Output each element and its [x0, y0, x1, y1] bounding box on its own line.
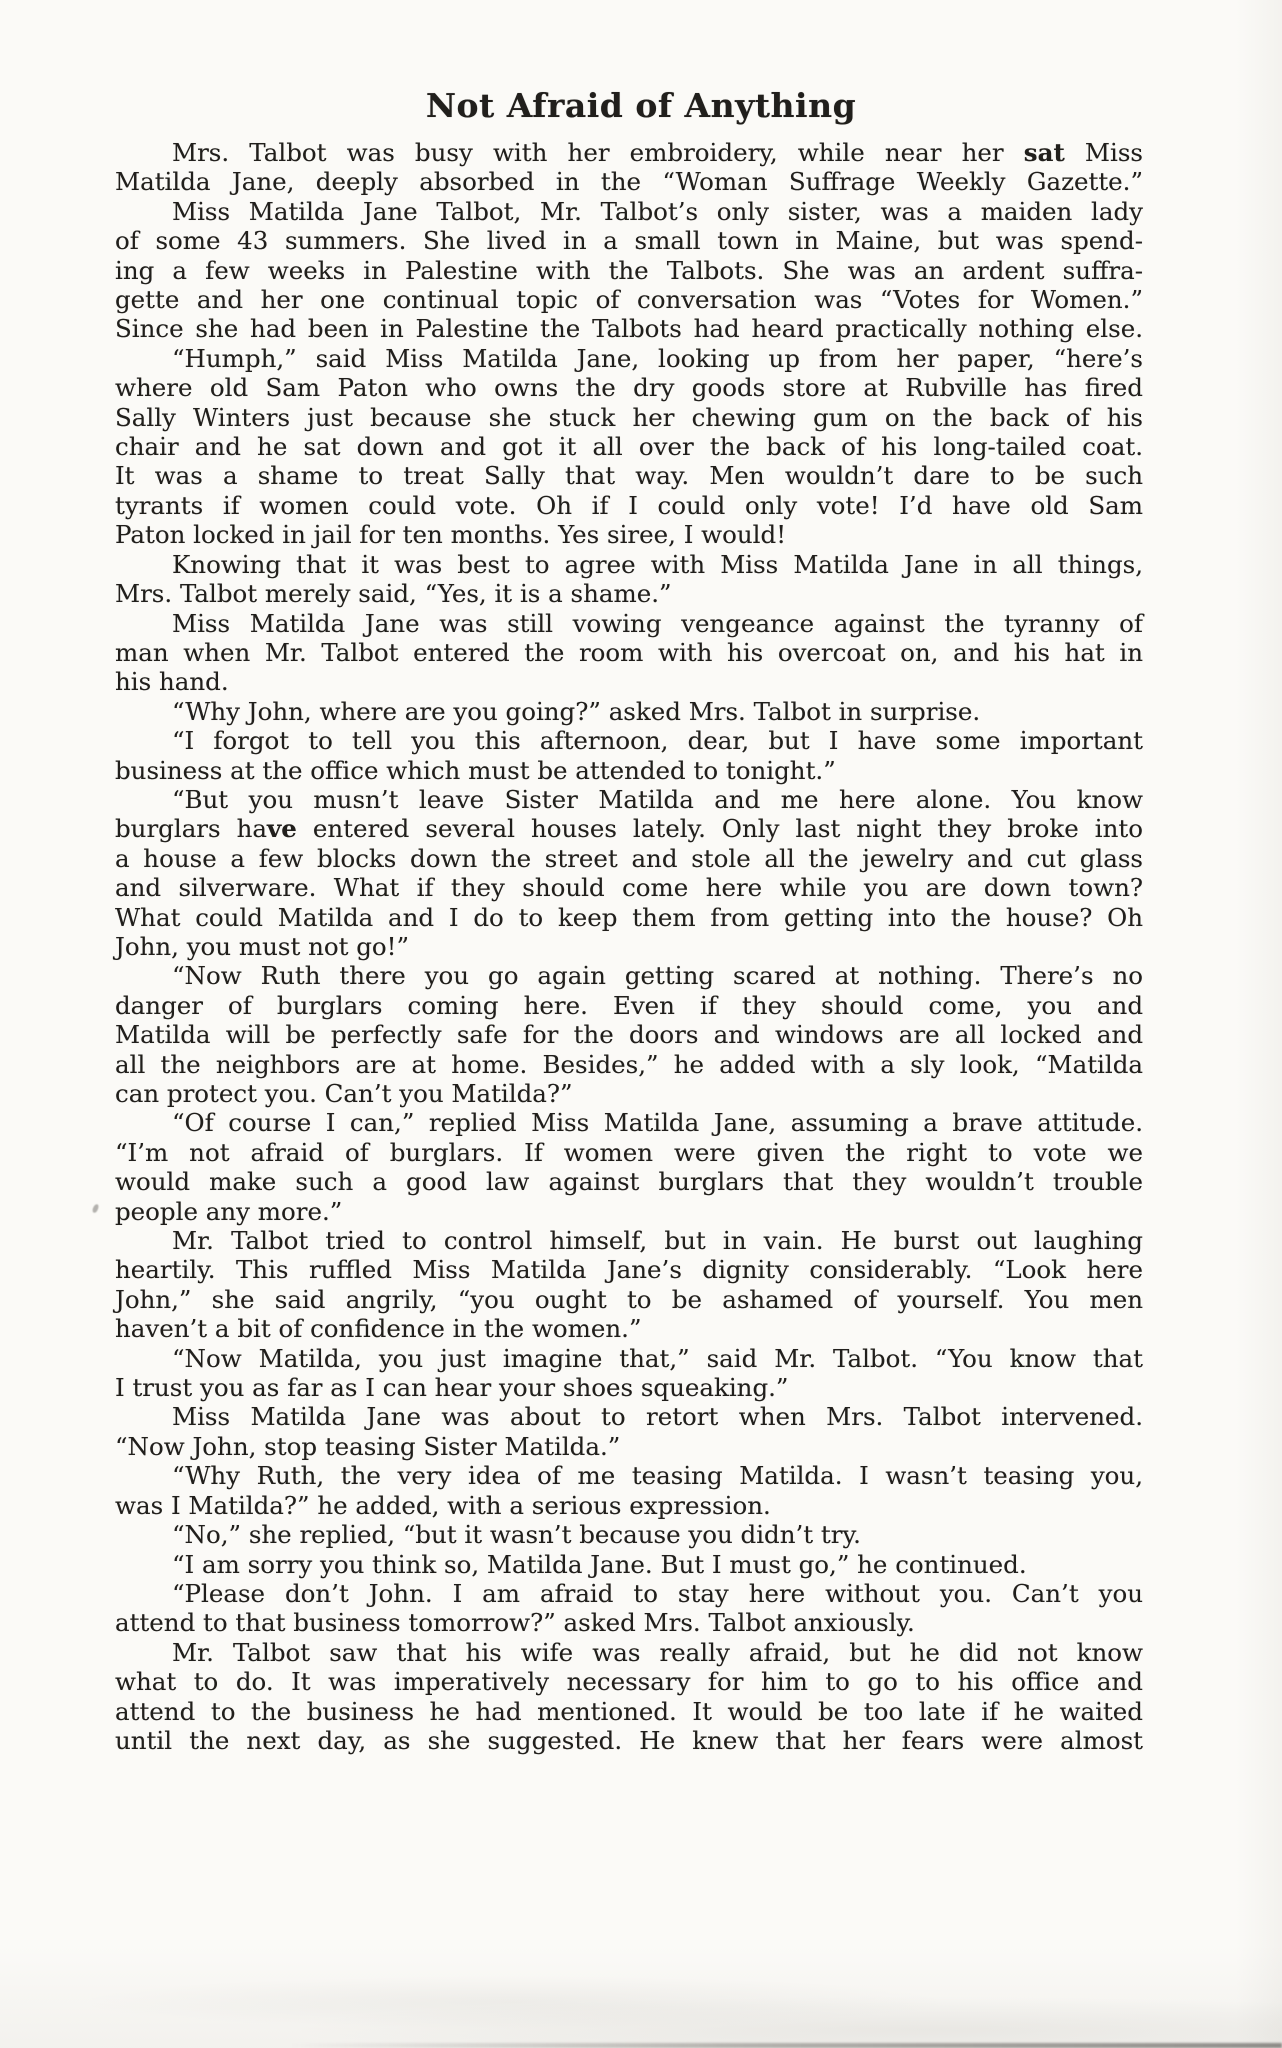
- story-line: Knowing that it was best to agree with M…: [115, 550, 1143, 579]
- story-line: danger of burglars coming here. Even if …: [115, 991, 1143, 1020]
- story-line: Miss Matilda Jane Talbot, Mr. Talbot’s o…: [115, 197, 1143, 226]
- story-paragraph: “Why Ruth, the very idea of me teasing M…: [115, 1461, 1143, 1520]
- story-line: Matilda Jane, deeply absorbed in the “Wo…: [115, 167, 1143, 196]
- story-line: “Now Matilda, you just imagine that,” sa…: [115, 1344, 1143, 1373]
- story-line: John, you must not go!”: [115, 932, 1143, 961]
- story-line: attend to the business he had mentioned.…: [115, 1697, 1143, 1726]
- story-line: Sally Winters just because she stuck her…: [115, 403, 1143, 432]
- story-line: I trust you as far as I can hear your sh…: [115, 1373, 1143, 1402]
- story-line: chair and he sat down and got it all ove…: [115, 432, 1143, 461]
- story-line: Since she had been in Palestine the Talb…: [115, 314, 1143, 343]
- story-line: “I am sorry you think so, Matilda Jane. …: [115, 1550, 1143, 1579]
- story-line: “Why John, where are you going?” asked M…: [115, 697, 1143, 726]
- story-line: would make such a good law against burgl…: [115, 1167, 1143, 1196]
- story-line: John,” she said angrily, “you ought to b…: [115, 1285, 1143, 1314]
- story-line: where old Sam Paton who owns the dry goo…: [115, 373, 1143, 402]
- story-line: Mr. Talbot tried to control himself, but…: [115, 1226, 1143, 1255]
- story-line: business at the office which must be att…: [115, 756, 1143, 785]
- story-line: burglars have entered several houses lat…: [115, 814, 1143, 843]
- story-paragraph: Mr. Talbot saw that his wife was really …: [115, 1638, 1143, 1756]
- story-line: can protect you. Can’t you Matilda?”: [115, 1079, 1143, 1108]
- story-paragraph: Miss Matilda Jane was about to retort wh…: [115, 1402, 1143, 1461]
- story-line: “Please don’t John. I am afraid to stay …: [115, 1579, 1143, 1608]
- story-line: “But you musn’t leave Sister Matilda and…: [115, 785, 1143, 814]
- story-body: Mrs. Talbot was busy with her embroidery…: [115, 138, 1143, 1755]
- story-line: a house a few blocks down the street and…: [115, 844, 1143, 873]
- story-line: Mrs. Talbot merely said, “Yes, it is a s…: [115, 579, 1143, 608]
- story-paragraph: “Humph,” said Miss Matilda Jane, looking…: [115, 344, 1143, 550]
- story-paragraph: Knowing that it was best to agree with M…: [115, 550, 1143, 609]
- story-line: “Now John, stop teasing Sister Matilda.”: [115, 1432, 1143, 1461]
- story-line: “Of course I can,” replied Miss Matilda …: [115, 1108, 1143, 1137]
- story-line: “Now Ruth there you go again getting sca…: [115, 961, 1143, 990]
- story-line: Mrs. Talbot was busy with her embroidery…: [115, 138, 1143, 167]
- story-line: What could Matilda and I do to keep them…: [115, 903, 1143, 932]
- story-line: Paton locked in jail for ten months. Yes…: [115, 520, 1143, 549]
- story-paragraph: “I forgot to tell you this afternoon, de…: [115, 726, 1143, 785]
- story-paragraph: “Now Matilda, you just imagine that,” sa…: [115, 1344, 1143, 1403]
- story-paragraph: “Now Ruth there you go again getting sca…: [115, 961, 1143, 1108]
- story-line: until the next day, as she suggested. He…: [115, 1726, 1143, 1755]
- story-line: Miss Matilda Jane was still vowing venge…: [115, 609, 1143, 638]
- story-line: what to do. It was imperatively necessar…: [115, 1667, 1143, 1696]
- story-line: haven’t a bit of confidence in the women…: [115, 1314, 1143, 1343]
- story-line: gette and her one continual topic of con…: [115, 285, 1143, 314]
- story-paragraph: “Of course I can,” replied Miss Matilda …: [115, 1108, 1143, 1226]
- story-line: Mr. Talbot saw that his wife was really …: [115, 1638, 1143, 1667]
- story-line: people any more.”: [115, 1197, 1143, 1226]
- scan-bottom-band: [0, 1946, 1282, 2048]
- story-line: “I forgot to tell you this afternoon, de…: [115, 726, 1143, 755]
- story-line: Miss Matilda Jane was about to retort wh…: [115, 1402, 1143, 1431]
- scanned-page: Not Afraid of Anything Mrs. Talbot was b…: [0, 0, 1282, 2048]
- story-paragraph: “I am sorry you think so, Matilda Jane. …: [115, 1550, 1143, 1579]
- scan-speck: [92, 1203, 100, 1213]
- story-paragraph: “Please don’t John. I am afraid to stay …: [115, 1579, 1143, 1638]
- story-line: was I Matilda?” he added, with a serious…: [115, 1491, 1143, 1520]
- story-paragraph: Mr. Talbot tried to control himself, but…: [115, 1226, 1143, 1344]
- story-paragraph: Miss Matilda Jane Talbot, Mr. Talbot’s o…: [115, 197, 1143, 344]
- story-line: man when Mr. Talbot entered the room wit…: [115, 638, 1143, 667]
- story-paragraph: “But you musn’t leave Sister Matilda and…: [115, 785, 1143, 961]
- story-line: It was a shame to treat Sally that way. …: [115, 461, 1143, 490]
- story-line: Matilda will be perfectly safe for the d…: [115, 1020, 1143, 1049]
- story-line: attend to that business tomorrow?” asked…: [115, 1608, 1143, 1637]
- story-line: “I’m not afraid of burglars. If women we…: [115, 1138, 1143, 1167]
- story-line: all the neighbors are at home. Besides,”…: [115, 1050, 1143, 1079]
- page-title: Not Afraid of Anything: [0, 0, 1282, 125]
- scan-right-shade: [1236, 0, 1282, 2048]
- story-line: tyrants if women could vote. Oh if I cou…: [115, 491, 1143, 520]
- story-line: of some 43 summers. She lived in a small…: [115, 226, 1143, 255]
- story-line: ing a few weeks in Palestine with the Ta…: [115, 256, 1143, 285]
- story-paragraph: “Why John, where are you going?” asked M…: [115, 697, 1143, 726]
- story-line: “Humph,” said Miss Matilda Jane, looking…: [115, 344, 1143, 373]
- story-line: heartily. This ruffled Miss Matilda Jane…: [115, 1255, 1143, 1284]
- story-paragraph: Mrs. Talbot was busy with her embroidery…: [115, 138, 1143, 197]
- story-line: “No,” she replied, “but it wasn’t becaus…: [115, 1520, 1143, 1549]
- story-paragraph: Miss Matilda Jane was still vowing venge…: [115, 609, 1143, 697]
- scan-bottom-edge: [290, 2043, 1282, 2048]
- story-line: his hand.: [115, 667, 1143, 696]
- story-line: and silverware. What if they should come…: [115, 873, 1143, 902]
- story-line: “Why Ruth, the very idea of me teasing M…: [115, 1461, 1143, 1490]
- story-paragraph: “No,” she replied, “but it wasn’t becaus…: [115, 1520, 1143, 1549]
